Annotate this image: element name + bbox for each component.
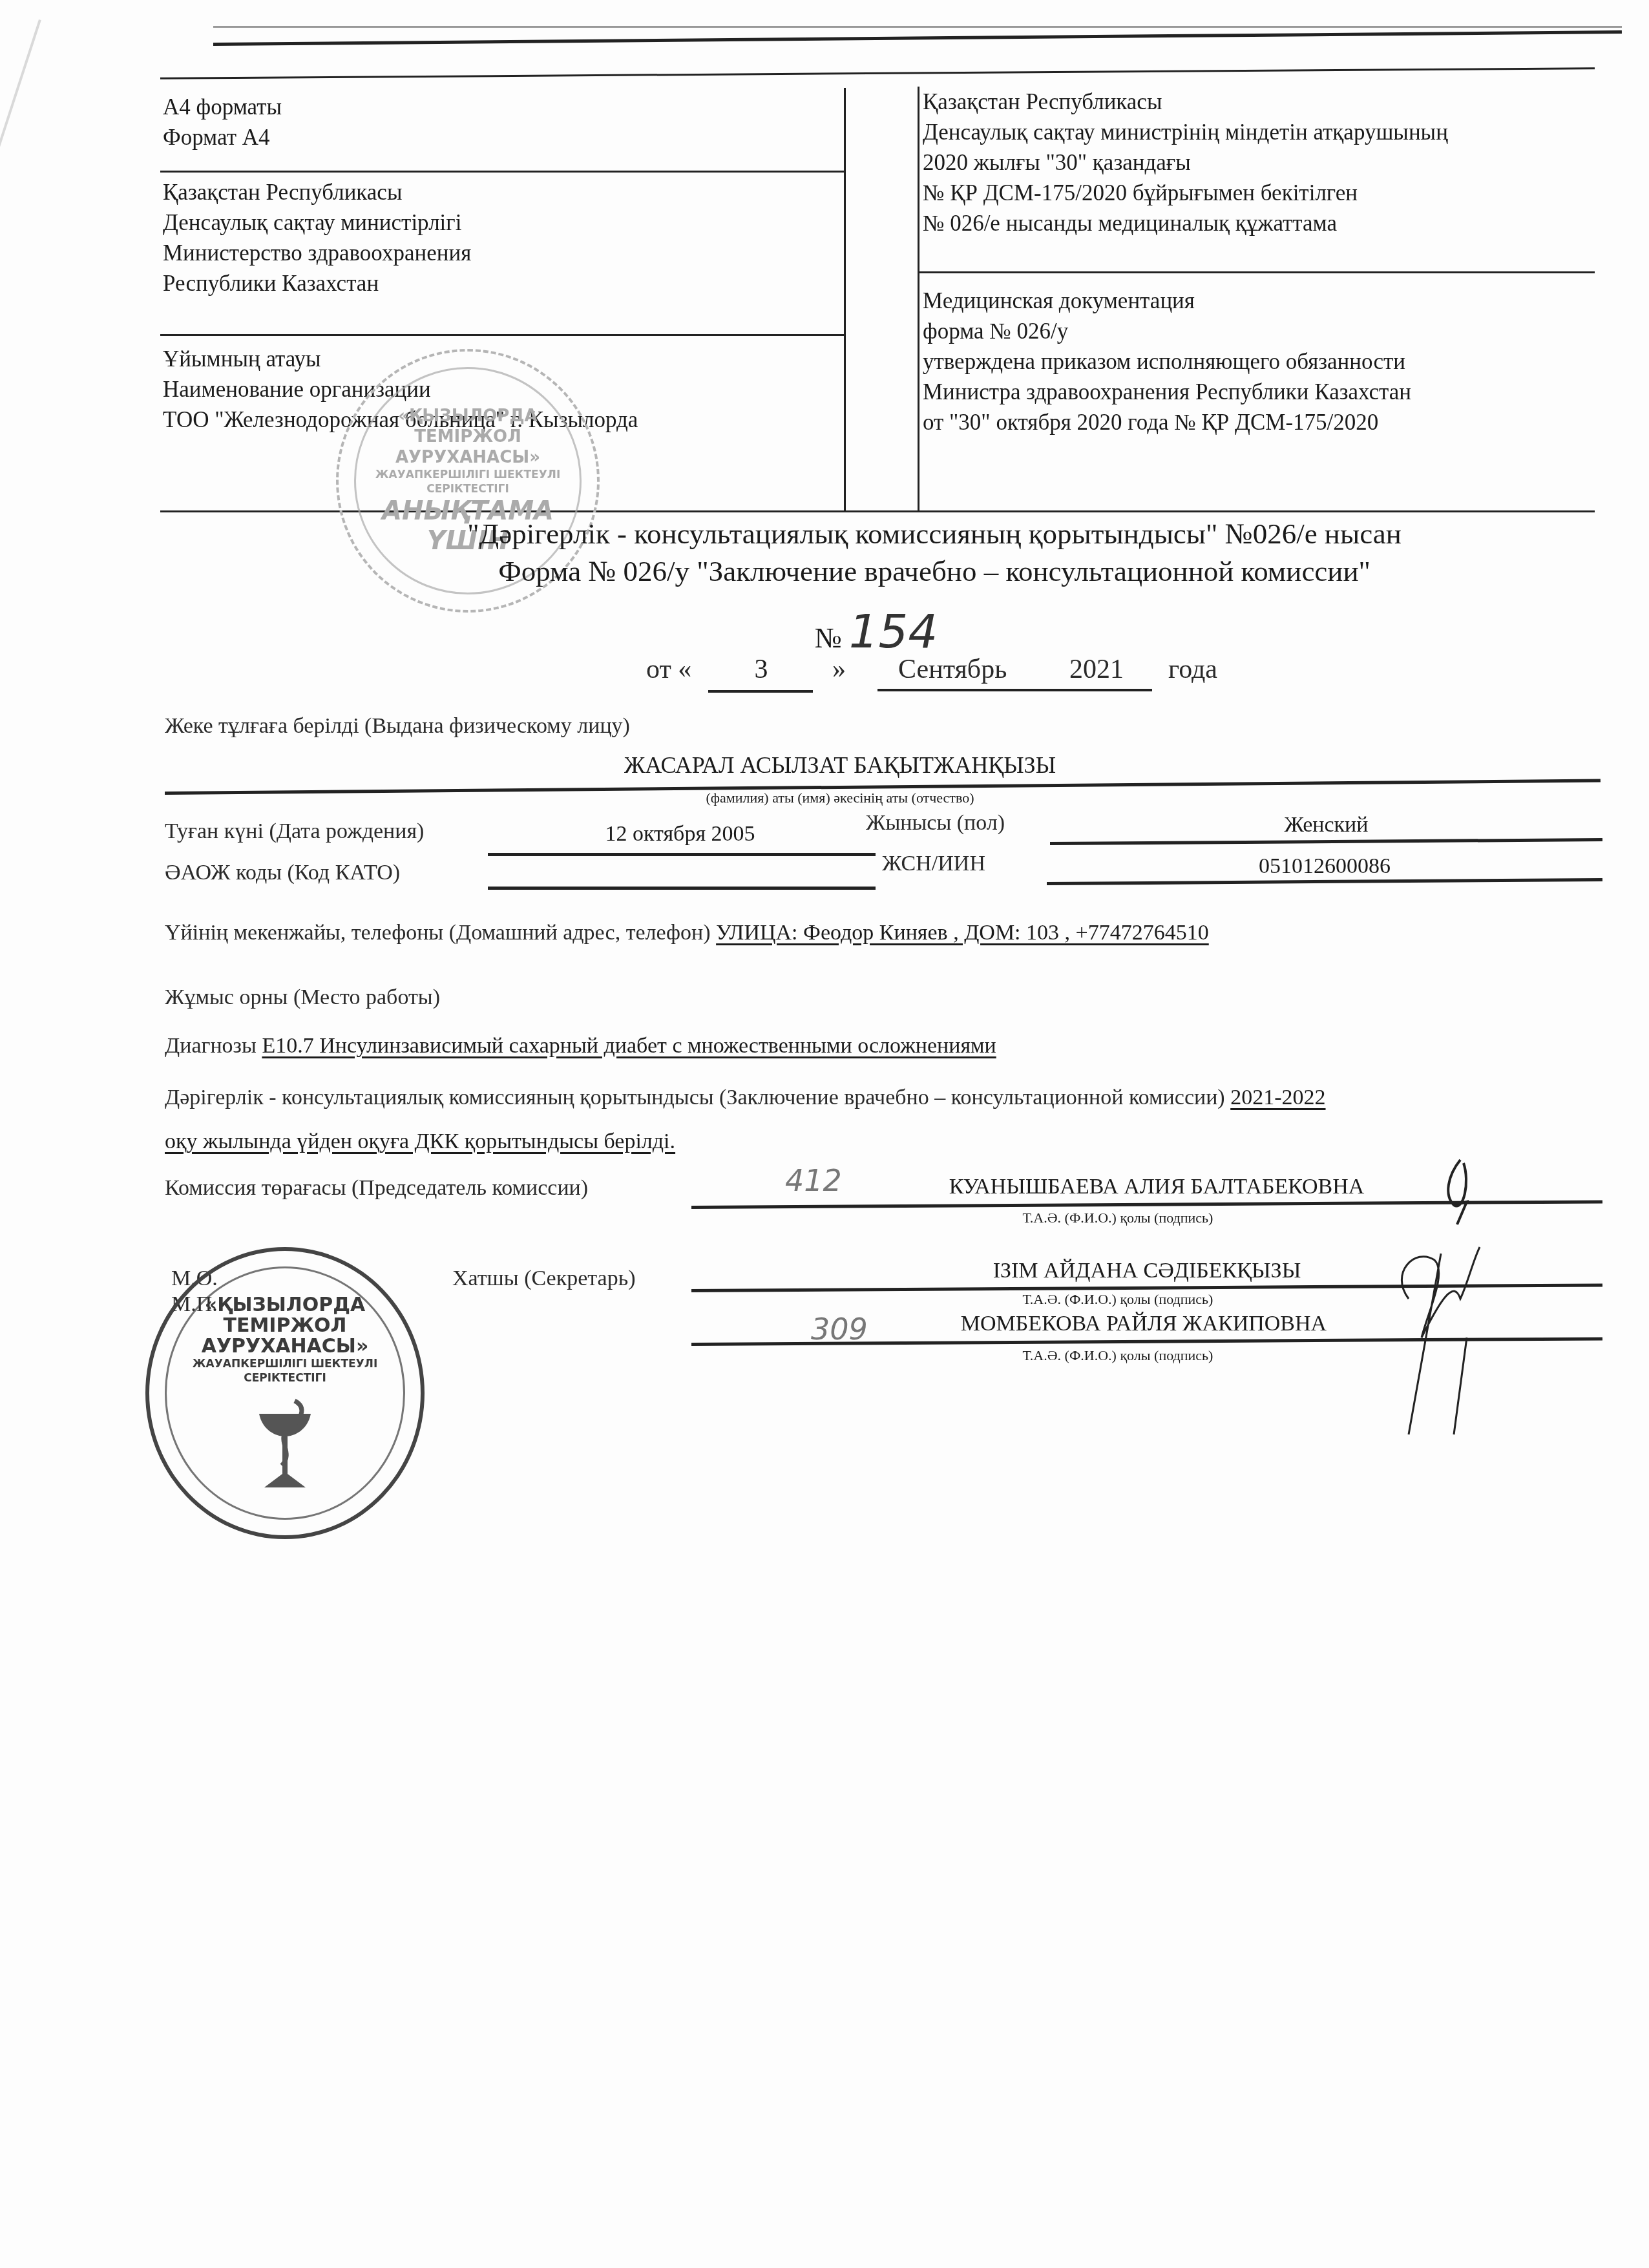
secretary-label: Хатшы (Секретарь) bbox=[452, 1266, 635, 1291]
approval-line: форма № 026/у bbox=[923, 316, 1411, 346]
conclusion-text: оқу жылында үйден оқуға ДКК қорытындысы … bbox=[165, 1129, 675, 1154]
chair-handwritten-number: 412 bbox=[785, 1163, 842, 1198]
format-ru: Формат А4 bbox=[163, 122, 282, 152]
day-underline bbox=[708, 690, 813, 693]
ministry-line: Республики Казахстан bbox=[163, 268, 471, 299]
left-row-divider-1 bbox=[160, 171, 845, 173]
date-of-birth: 12 октября 2005 bbox=[488, 822, 872, 846]
chair-caption: Т.А.Ә. (Ф.И.О.) қолы (подпись) bbox=[956, 1210, 1279, 1226]
table-divider-right bbox=[918, 87, 919, 512]
chair-label: Комиссия төрағасы (Председатель комиссии… bbox=[165, 1176, 588, 1201]
sex-underline bbox=[1050, 838, 1602, 845]
scan-fold-shadow bbox=[0, 19, 41, 278]
table-divider-left bbox=[844, 88, 846, 512]
date-mid: » bbox=[832, 654, 846, 685]
right-row-divider bbox=[918, 271, 1595, 273]
date-day: 3 bbox=[708, 654, 814, 685]
stamp-inner-ring bbox=[165, 1266, 405, 1520]
kato-label: ӘАОЖ коды (Код КАТО) bbox=[165, 861, 400, 885]
handwritten-number: 154 bbox=[849, 604, 938, 658]
diagnosis-value: E10.7 Инсулинзависимый сахарный диабет с… bbox=[262, 1034, 996, 1058]
document-page: А4 форматы Формат А4 Қазақстан Республик… bbox=[0, 0, 1649, 2268]
iin-label: ЖСН/ИИН bbox=[882, 852, 985, 876]
title-kz: "Дәрігерлік - консультациялық комиссияны… bbox=[0, 517, 1649, 551]
address-row: Үйінің мекенжайы, телефоны (Домашний адр… bbox=[165, 921, 1209, 945]
patient-full-name: ЖАСАРАЛ АСЫЛЗАТ БАҚЫТЖАНҚЫЗЫ bbox=[517, 751, 1163, 779]
date-month: Сентябрь bbox=[898, 654, 1007, 685]
approval-line: Медицинская документация bbox=[923, 286, 1411, 316]
sex-label: Жынысы (пол) bbox=[866, 811, 1005, 835]
secretary-signature-icon bbox=[1389, 1221, 1493, 1441]
iin-value: 051012600086 bbox=[1047, 854, 1602, 879]
scan-top-edge bbox=[213, 26, 1622, 28]
left-row-divider-2 bbox=[160, 334, 845, 336]
conclusion-academic-year: 2021-2022 bbox=[1230, 1086, 1325, 1109]
organization-stamp: «ҚЫЗЫЛОРДА ТЕМІРЖОЛ АУРУХАНАСЫ» ЖАУАПКЕР… bbox=[145, 1247, 425, 1539]
address-label: Үйінің мекенжайы, телефоны (Домашний адр… bbox=[165, 921, 711, 945]
approval-line: № 026/е нысанды медициналық құжаттама bbox=[923, 208, 1448, 238]
kz-approval-cell: Қазақстан Республикасы Денсаулық сақтау … bbox=[923, 87, 1448, 238]
iin-underline bbox=[1047, 878, 1602, 885]
address-value: УЛИЦА: Феодор Киняев , ДОМ: 103 , +77472… bbox=[716, 921, 1209, 945]
secretary-name: ІЗІМ АЙДАНА СӘДІБЕКҚЫЗЫ bbox=[898, 1259, 1396, 1283]
approval-line: Денсаулық сақтау министрінің міндетін ат… bbox=[923, 117, 1448, 147]
kato-underline bbox=[488, 887, 876, 890]
date-suffix: года bbox=[1168, 654, 1217, 685]
member-name: МОМБЕКОВА РАЙЛЯ ЖАКИПОВНА bbox=[892, 1312, 1396, 1336]
date-year: 2021 bbox=[1069, 654, 1124, 685]
month-year-underline bbox=[877, 689, 1152, 691]
full-name-caption: (фамилия) аты (имя) әкесінің аты (отчест… bbox=[517, 790, 1163, 806]
approval-line: Министра здравоохранения Республики Каза… bbox=[923, 377, 1411, 407]
approval-line: от "30" октября 2020 года № ҚР ДСМ-175/2… bbox=[923, 407, 1411, 437]
work-label: Жұмыс орны (Место работы) bbox=[165, 985, 440, 1010]
number-sign: № bbox=[815, 622, 842, 654]
dob-label: Туған күні (Дата рождения) bbox=[165, 819, 424, 844]
chair-signature-icon bbox=[1434, 1157, 1480, 1228]
approval-line: утверждена приказом исполняющего обязанн… bbox=[923, 346, 1411, 377]
secretary-caption: Т.А.Ә. (Ф.И.О.) қолы (подпись) bbox=[956, 1291, 1279, 1308]
dob-underline bbox=[488, 853, 876, 856]
diagnosis-row: Диагнозы E10.7 Инсулинзависимый сахарный… bbox=[165, 1034, 996, 1058]
conclusion-row: Дәрігерлік - консультациялық комиссияның… bbox=[165, 1086, 1326, 1110]
title-ru: Форма № 026/у "Заключение врачебно – кон… bbox=[0, 554, 1649, 588]
diagnosis-label: Диагнозы bbox=[165, 1034, 257, 1058]
ru-approval-cell: Медицинская документация форма № 026/у у… bbox=[923, 286, 1411, 437]
document-number: № 154 bbox=[0, 604, 1649, 658]
format-kz: А4 форматы bbox=[163, 92, 282, 122]
format-cell: А4 форматы Формат А4 bbox=[163, 92, 282, 152]
issued-to-label: Жеке тұлғаға берілді (Выдана физическому… bbox=[165, 714, 630, 739]
approval-line: № ҚР ДСМ-175/2020 бұйрығымен бекітілген bbox=[923, 178, 1448, 208]
ministry-line: Қазақстан Республикасы bbox=[163, 177, 471, 207]
sex-value: Женский bbox=[1050, 813, 1602, 837]
date-prefix: от « bbox=[646, 654, 691, 685]
ministry-cell: Қазақстан Республикасы Денсаулық сақтау … bbox=[163, 177, 471, 299]
approval-line: 2020 жылғы "30" қазандағы bbox=[923, 147, 1448, 178]
ministry-line: Денсаулық сақтау министірлігі bbox=[163, 207, 471, 238]
conclusion-label: Дәрігерлік - консультациялық комиссияның… bbox=[165, 1086, 1225, 1109]
table-top-line bbox=[160, 67, 1595, 79]
ministry-line: Министерство здравоохранения bbox=[163, 238, 471, 268]
chair-name: КУАНЫШБАЕВА АЛИЯ БАЛТАБЕКОВНА bbox=[898, 1175, 1415, 1199]
top-border-line bbox=[213, 30, 1622, 46]
member-caption: Т.А.Ә. (Ф.И.О.) қолы (подпись) bbox=[956, 1347, 1279, 1364]
approval-line: Қазақстан Республикасы bbox=[923, 87, 1448, 117]
